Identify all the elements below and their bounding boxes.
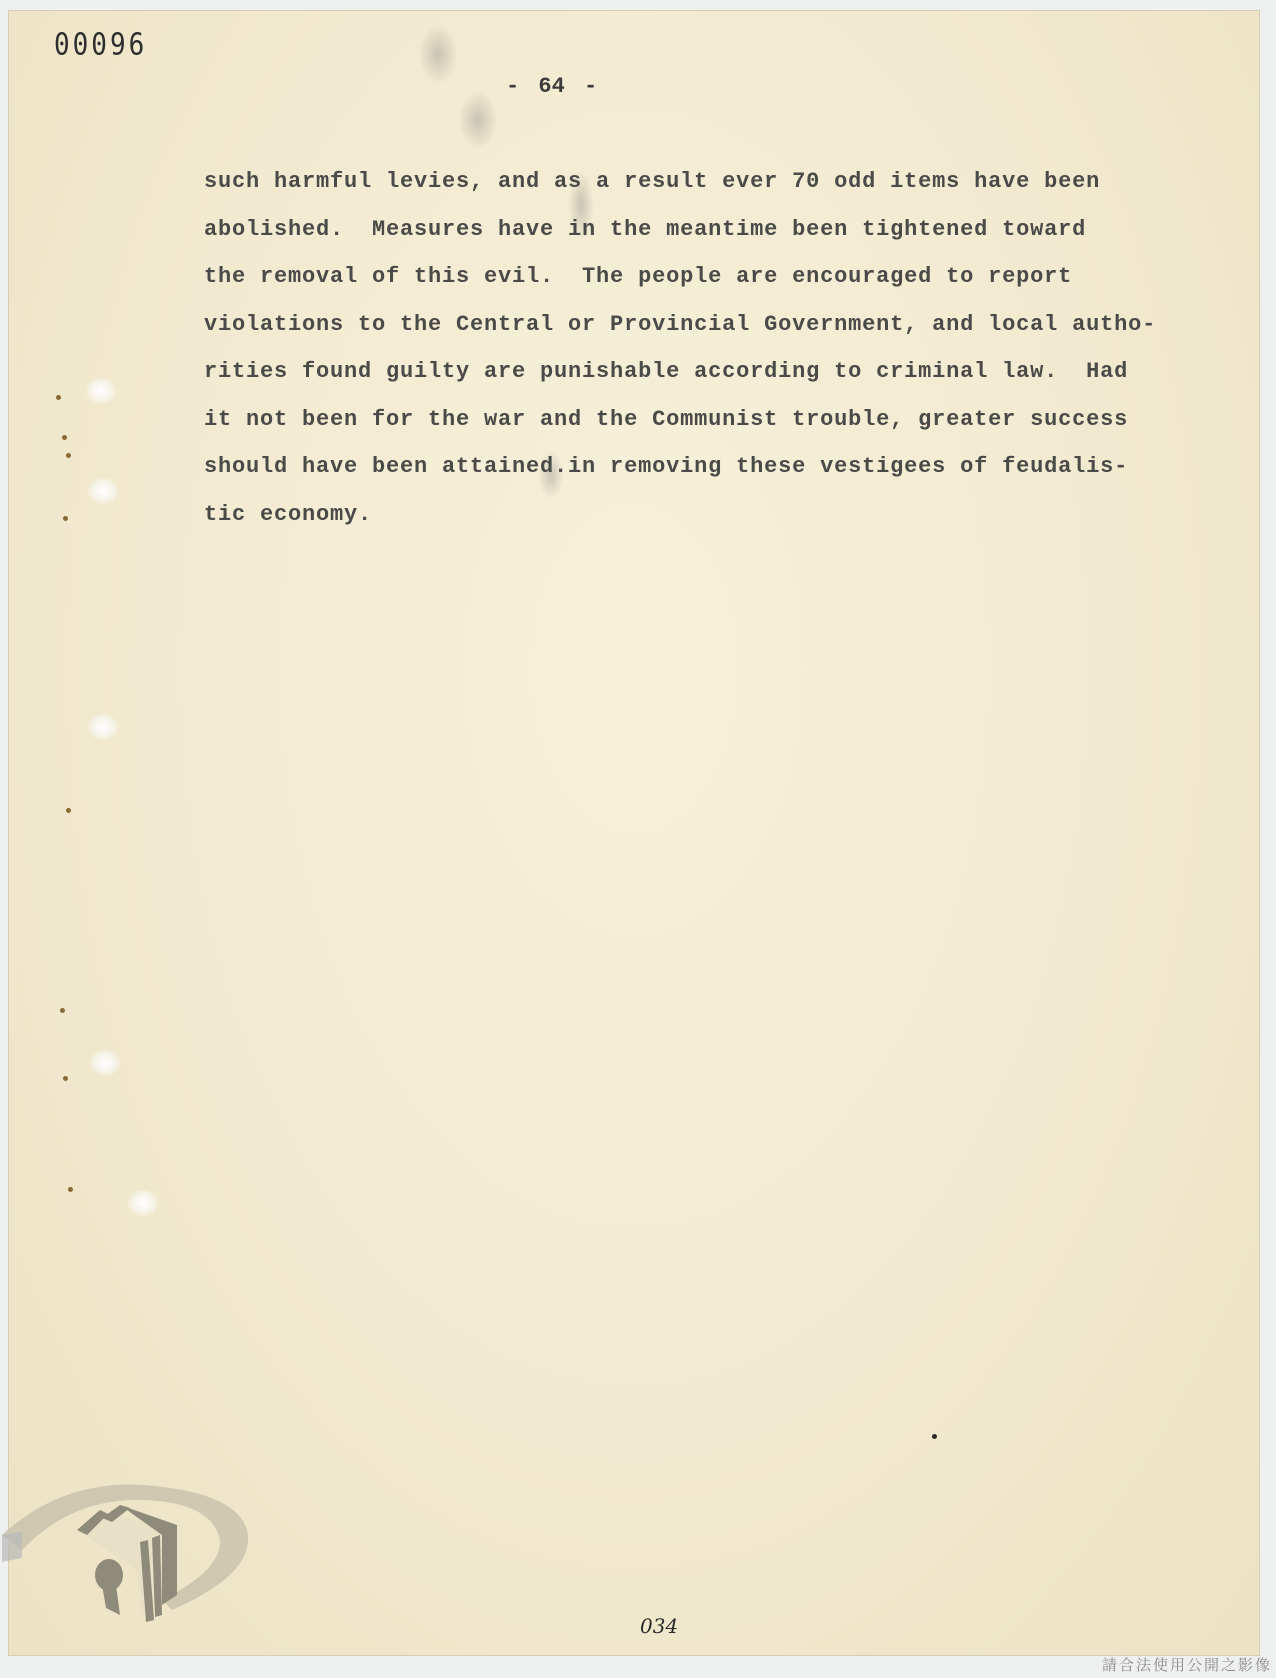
text-line: such harmful levies, and as a result eve…	[204, 158, 1156, 206]
rust-mark	[66, 808, 71, 813]
ink-smudge	[458, 90, 498, 150]
page-number: - 64 -	[506, 74, 597, 99]
rust-mark	[60, 1008, 65, 1013]
binding-hole	[128, 1190, 158, 1216]
rust-mark	[56, 395, 61, 400]
rust-mark	[66, 453, 71, 458]
archive-logo-icon	[2, 1480, 252, 1650]
text-line: it not been for the war and the Communis…	[204, 396, 1156, 444]
text-line: violations to the Central or Provincial …	[204, 301, 1156, 349]
binding-hole	[86, 378, 116, 404]
handwritten-folio: 034	[640, 1614, 678, 1638]
usage-notice: 請合法使用公開之影像	[1102, 1654, 1272, 1675]
binding-hole	[88, 714, 118, 740]
rust-mark	[63, 1076, 68, 1081]
text-line: should have been attained.in removing th…	[204, 443, 1156, 491]
rust-mark	[932, 1434, 937, 1439]
text-line: tic economy.	[204, 491, 1156, 539]
binding-hole	[90, 1050, 120, 1076]
rust-mark	[68, 1187, 73, 1192]
document-page: 00096 - 64 - such harmful levies, and as…	[8, 10, 1260, 1656]
archive-number: 00096	[54, 28, 147, 63]
text-line: rities found guilty are punishable accor…	[204, 348, 1156, 396]
ink-smudge	[418, 24, 458, 84]
text-line: abolished. Measures have in the meantime…	[204, 206, 1156, 254]
binding-hole	[88, 478, 118, 504]
rust-mark	[63, 516, 68, 521]
body-paragraph: such harmful levies, and as a result eve…	[204, 158, 1156, 538]
text-line: the removal of this evil. The people are…	[204, 253, 1156, 301]
rust-mark	[62, 435, 67, 440]
